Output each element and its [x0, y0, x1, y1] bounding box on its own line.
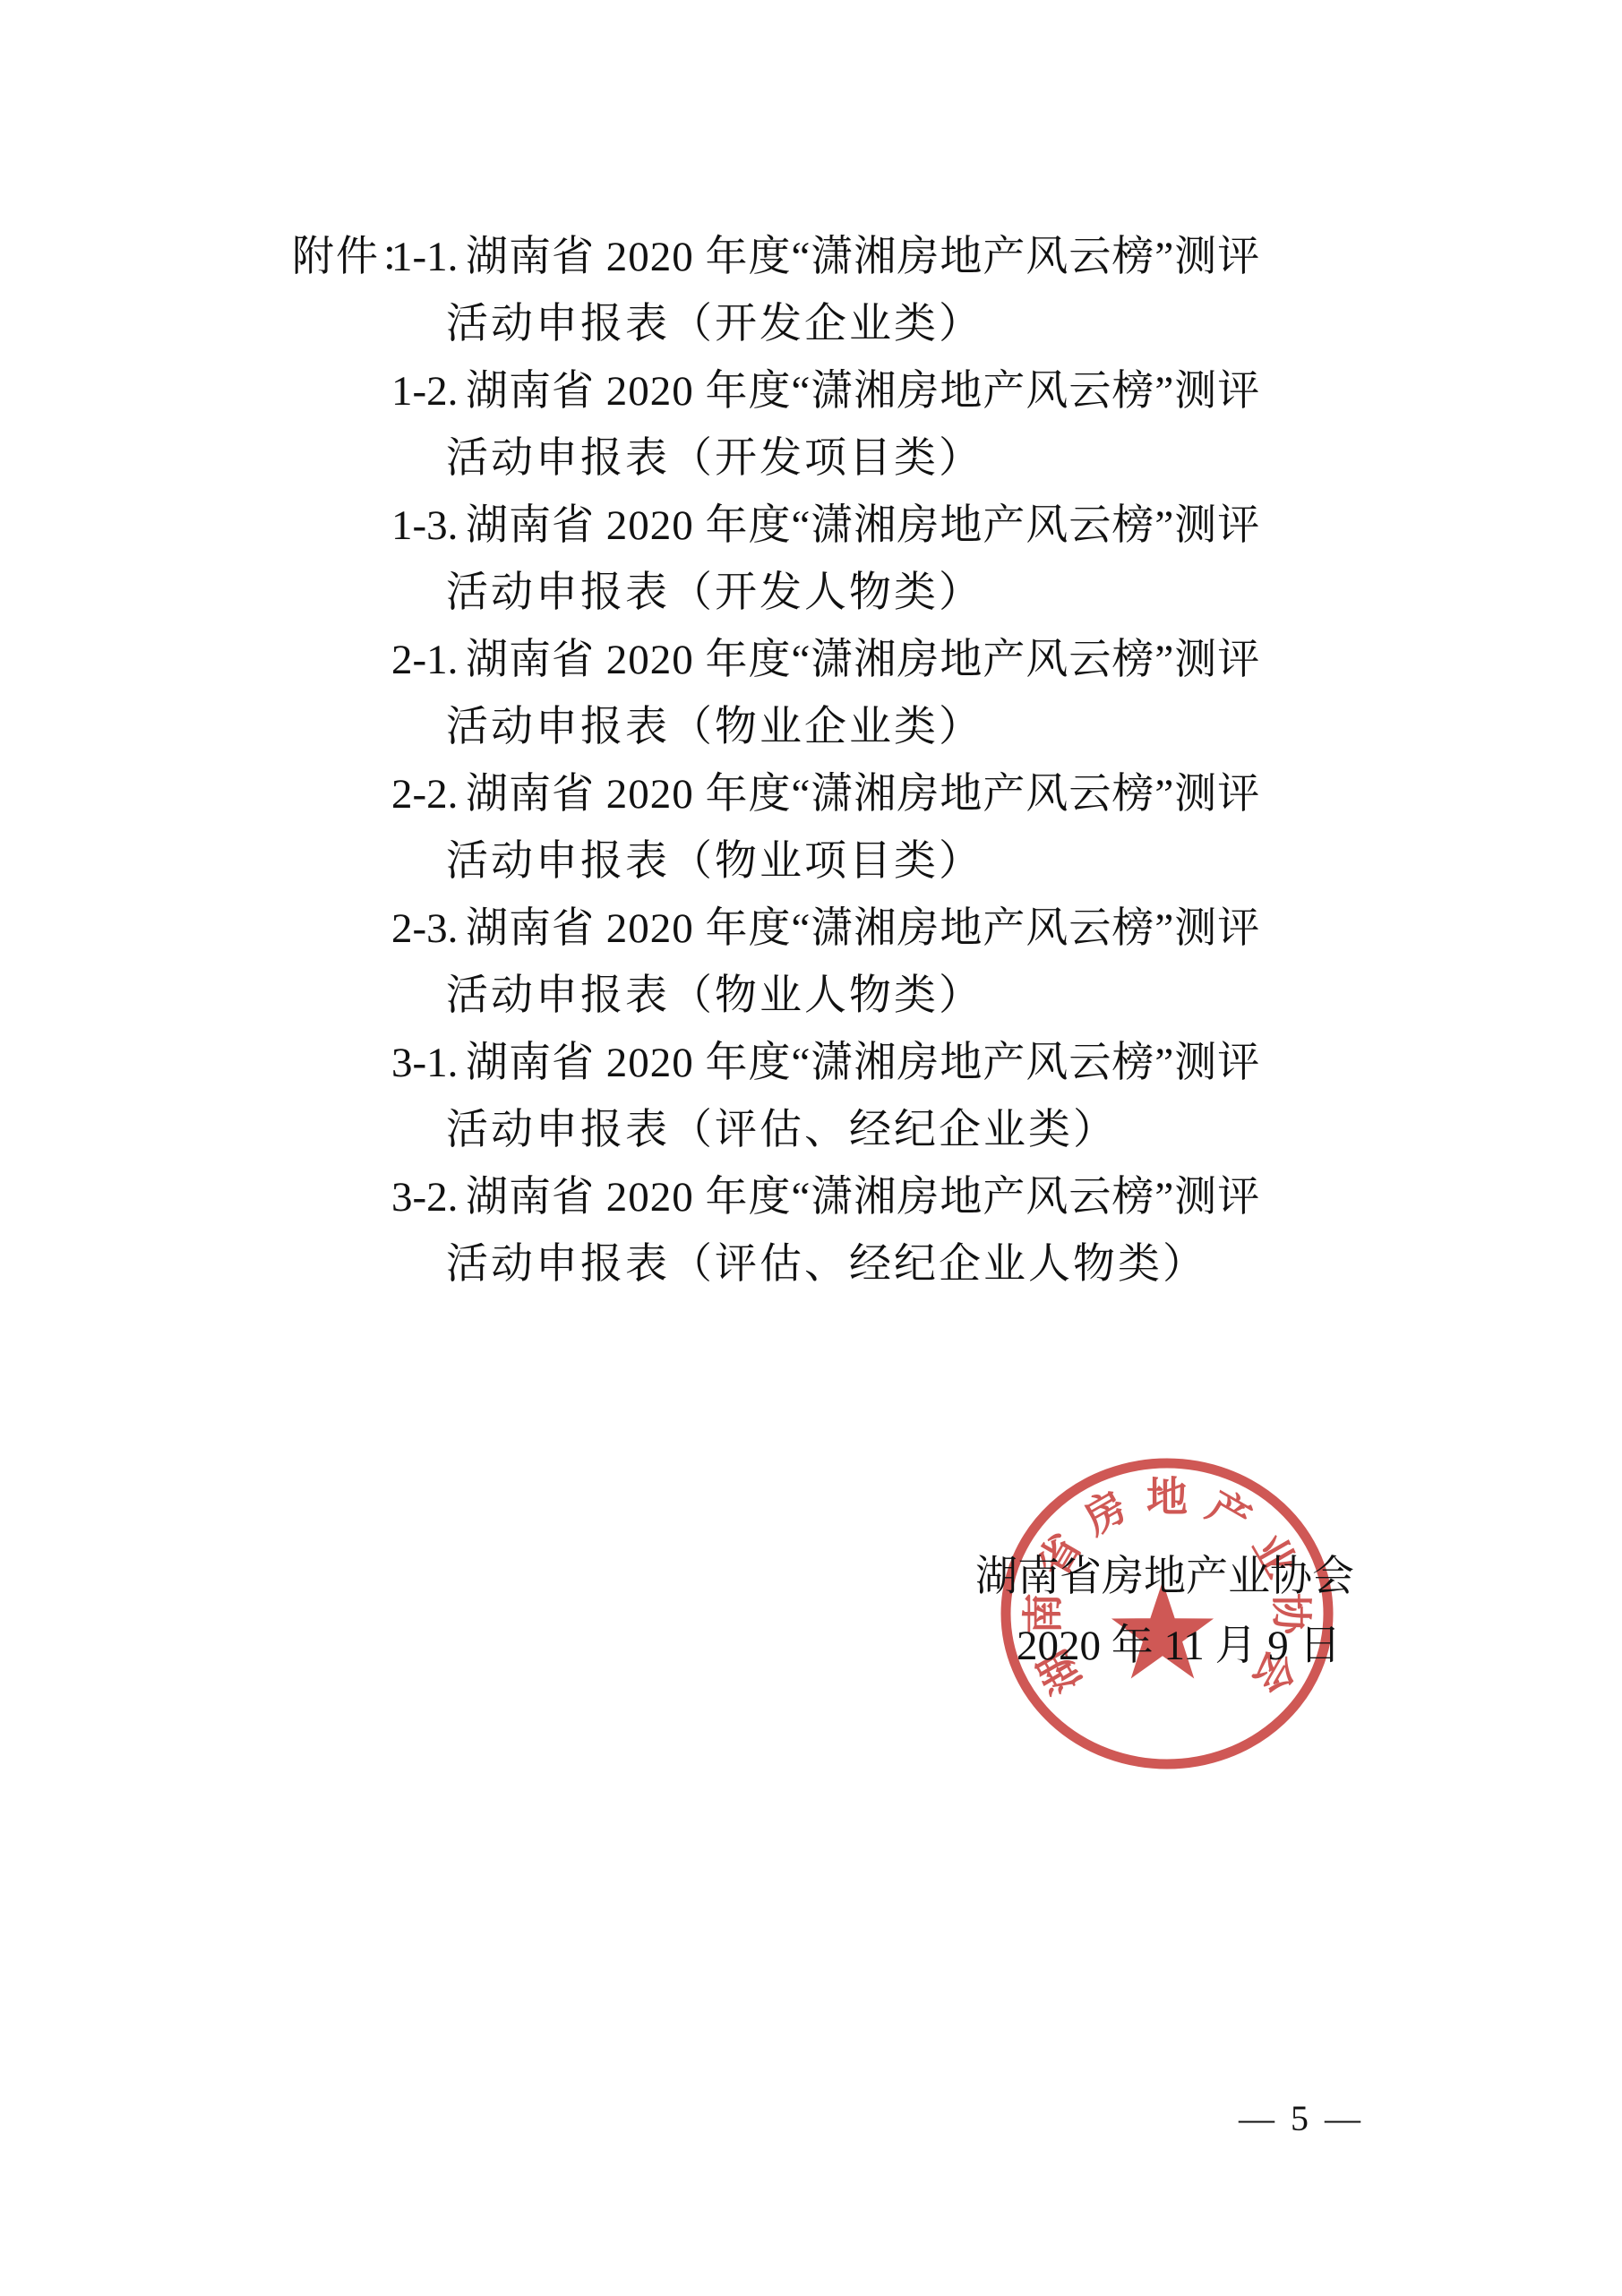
item-line1: 湖南省 2020 年度“潇湘房地产风云榜”测评: [446, 224, 1287, 291]
item-line2: 活动申报表（物业人物类）: [446, 963, 1287, 1030]
item-line2: 活动申报表（评估、经纪企业类）: [446, 1097, 1287, 1164]
signature-org: 湖南省房地产业协会: [975, 1554, 1354, 1600]
item-line2: 活动申报表（物业企业类）: [446, 694, 1287, 761]
attachment-item: 3-2. 湖南省 2020 年度“潇湘房地产风云榜”测评 活动申报表（评估、经纪…: [391, 1164, 1287, 1298]
item-line2: 活动申报表（开发企业类）: [446, 291, 1287, 358]
item-number: 1-3.: [391, 493, 446, 560]
item-line1: 湖南省 2020 年度“潇湘房地产风云榜”测评: [446, 627, 1287, 694]
document-page: 附件： 1-1. 湖南省 2020 年度“潇湘房地产风云榜”测评 活动申报表（开…: [0, 0, 1622, 2296]
item-line1: 湖南省 2020 年度“潇湘房地产风云榜”测评: [446, 493, 1287, 560]
item-number: 2-1.: [391, 627, 446, 694]
signature-date: 2020 年 11 月 9 日: [1017, 1623, 1342, 1669]
seal-ring-char: 产: [1199, 1483, 1257, 1543]
item-line2: 活动申报表（开发项目类）: [446, 425, 1287, 493]
item-number: 1-2.: [391, 358, 446, 425]
attachment-item: 1-2. 湖南省 2020 年度“潇湘房地产风云榜”测评 活动申报表（开发项目类…: [391, 358, 1287, 493]
item-line1: 湖南省 2020 年度“潇湘房地产风云榜”测评: [446, 1164, 1287, 1231]
item-line1: 湖南省 2020 年度“潇湘房地产风云榜”测评: [446, 1030, 1287, 1097]
item-line2: 活动申报表（评估、经纪企业人物类）: [446, 1231, 1287, 1298]
item-number: 3-2.: [391, 1164, 446, 1231]
attachment-item: 3-1. 湖南省 2020 年度“潇湘房地产风云榜”测评 活动申报表（评估、经纪…: [391, 1030, 1287, 1164]
item-number: 1-1.: [391, 224, 446, 291]
attachment-item: 1-3. 湖南省 2020 年度“潇湘房地产风云榜”测评 活动申报表（开发人物类…: [391, 493, 1287, 627]
attachment-item: 1-1. 湖南省 2020 年度“潇湘房地产风云榜”测评 活动申报表（开发企业类…: [391, 224, 1287, 358]
item-number: 2-2.: [391, 761, 446, 828]
item-line2: 活动申报表（开发人物类）: [446, 560, 1287, 627]
attachment-item: 2-1. 湖南省 2020 年度“潇湘房地产风云榜”测评 活动申报表（物业企业类…: [391, 627, 1287, 761]
seal-ring-char: 房: [1075, 1483, 1134, 1544]
official-seal: 湖 南 省 房 地 产 业 协 会: [997, 1453, 1337, 1774]
item-line1: 湖南省 2020 年度“潇湘房地产风云榜”测评: [446, 358, 1287, 425]
item-number: 3-1.: [391, 1030, 446, 1097]
attachment-list: 1-1. 湖南省 2020 年度“潇湘房地产风云榜”测评 活动申报表（开发企业类…: [391, 224, 1287, 1298]
attachment-item: 2-2. 湖南省 2020 年度“潇湘房地产风云榜”测评 活动申报表（物业项目类…: [391, 761, 1287, 895]
item-line2: 活动申报表（物业项目类）: [446, 828, 1287, 895]
item-line1: 湖南省 2020 年度“潇湘房地产风云榜”测评: [446, 895, 1287, 963]
item-line1: 湖南省 2020 年度“潇湘房地产风云榜”测评: [446, 761, 1287, 828]
attachment-item: 2-3. 湖南省 2020 年度“潇湘房地产风云榜”测评 活动申报表（物业人物类…: [391, 895, 1287, 1030]
seal-ring-char: 地: [1146, 1475, 1188, 1521]
page-number: — 5 —: [1239, 2098, 1364, 2139]
item-number: 2-3.: [391, 895, 446, 963]
